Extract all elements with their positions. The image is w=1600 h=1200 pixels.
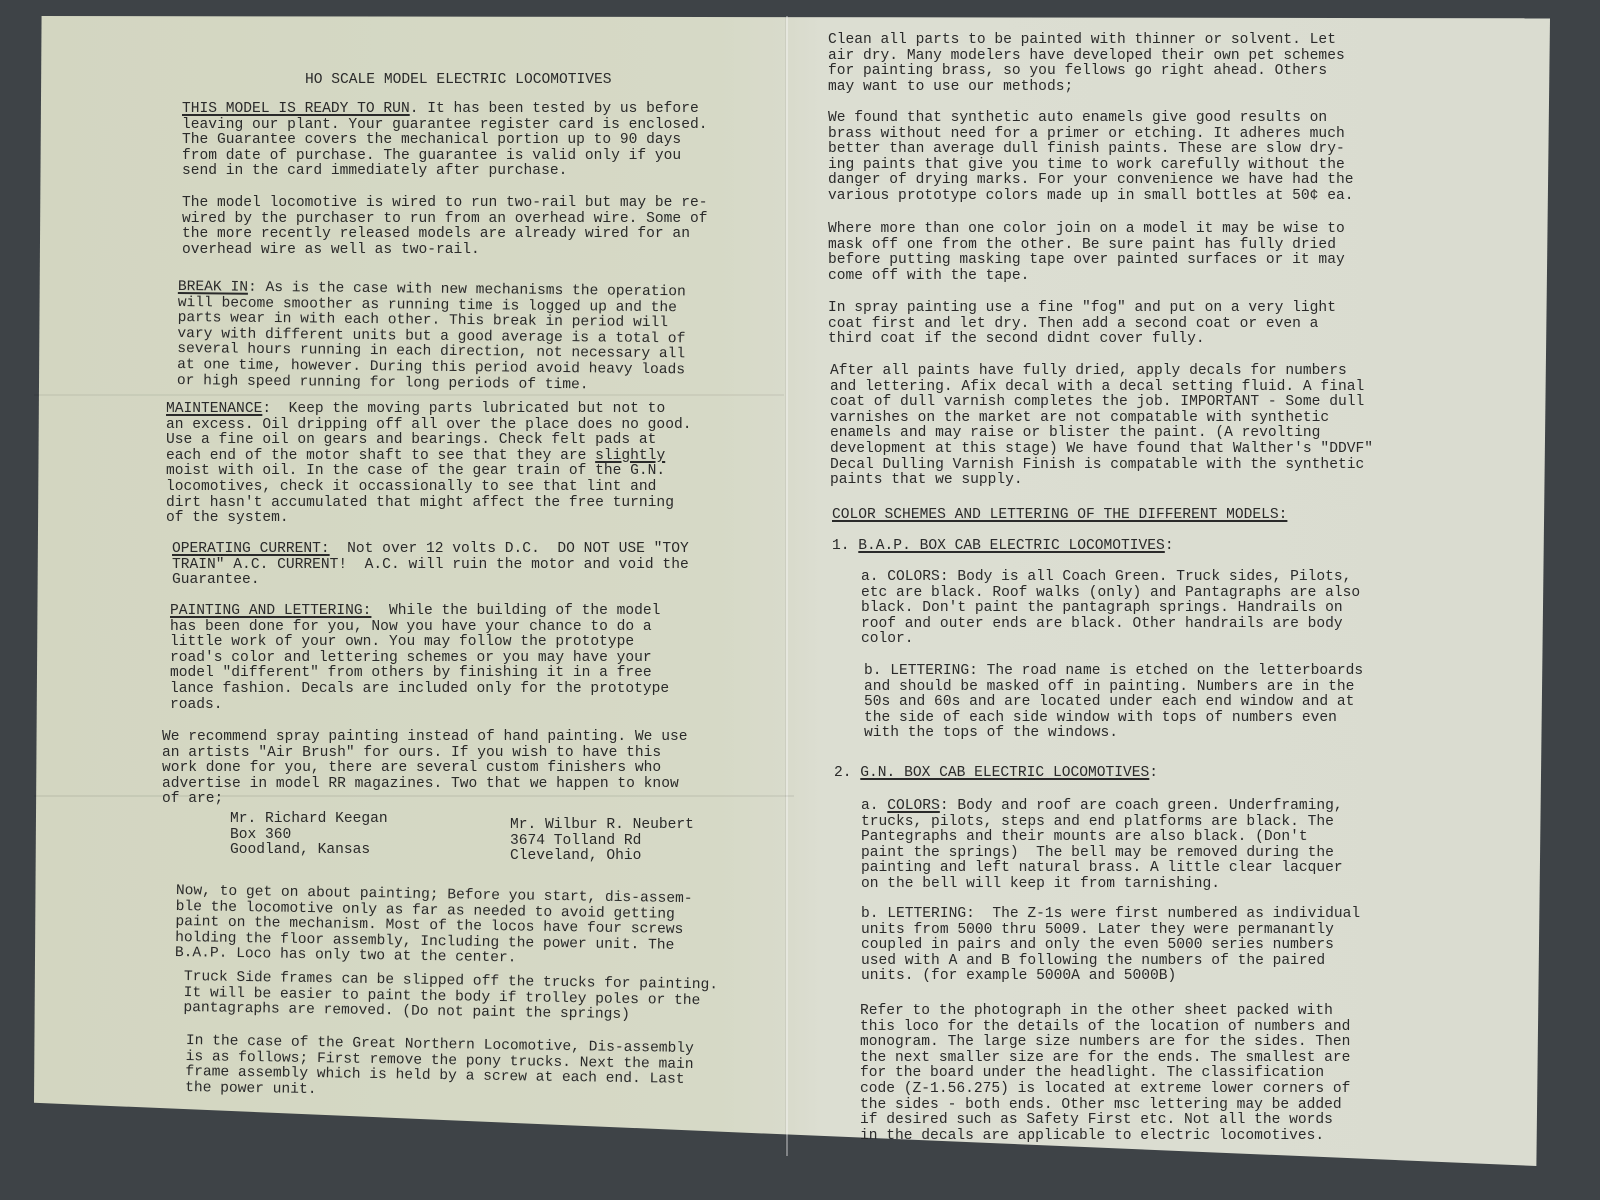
lettering-label: b. LETTERING	[864, 663, 969, 679]
model-name: G.N. BOX CAB ELECTRIC LOCOMOTIVES	[860, 765, 1149, 781]
operating-current-section: OPERATING CURRENT: Not over 12 volts D.C…	[172, 542, 689, 589]
spray-recommendation-paragraph: We recommend spray painting instead of h…	[162, 730, 687, 808]
colors-label: a. COLORS	[861, 569, 940, 585]
finisher-name: Mr. Wilbur R. Neubert	[510, 817, 694, 833]
model-1-lettering: b. LETTERING: The road name is etched on…	[864, 664, 1363, 742]
document-title: HO SCALE MODEL ELECTRIC LOCOMOTIVES	[305, 72, 612, 88]
enamels-paragraph: We found that synthetic auto enamels giv…	[828, 111, 1353, 205]
maintenance-heading: MAINTENANCE	[166, 401, 262, 417]
finisher-city: Goodland, Kansas	[230, 842, 370, 858]
model-number: 2.	[834, 765, 860, 781]
break-in-text: : As is the case with new mechanisms the…	[177, 280, 686, 393]
finisher-address: 3674 Tolland Rd	[510, 833, 641, 849]
model-1-colors: a. COLORS: Body is all Coach Green. Truc…	[861, 570, 1360, 648]
wiring-paragraph: The model locomotive is wired to run two…	[182, 196, 707, 258]
lettering-label: b. LETTERING	[861, 906, 966, 922]
finisher-address: Box 360	[230, 827, 291, 843]
decals-paragraph: After all paints have fully dried, apply…	[830, 364, 1373, 489]
photograph-reference-paragraph: Refer to the photograph in the other she…	[860, 1004, 1350, 1144]
ready-to-run-section: THIS MODEL IS READY TO RUN. It has been …	[182, 102, 707, 180]
masking-paragraph: Where more than one color join on a mode…	[828, 222, 1345, 284]
maintenance-emphasis: slightly	[595, 448, 665, 464]
ready-to-run-heading: THIS MODEL IS READY TO RUN	[182, 101, 410, 117]
truck-side-frames-paragraph: Truck Side frames can be slipped off the…	[183, 970, 718, 1025]
disassembly-paragraph: Now, to get on about painting; Before yo…	[175, 884, 693, 970]
great-northern-paragraph: In the case of the Great Northern Locomo…	[185, 1034, 694, 1104]
colors-label: COLORS	[887, 798, 940, 814]
model-name: B.A.P. BOX CAB ELECTRIC LOCOMOTIVES	[858, 538, 1165, 554]
model-2-lettering: b. LETTERING: The Z-1s were first number…	[861, 907, 1360, 985]
finisher-address-2: Mr. Wilbur R. Neubert 3674 Tolland Rd Cl…	[510, 818, 694, 865]
model-2-heading: 2. G.N. BOX CAB ELECTRIC LOCOMOTIVES:	[834, 766, 1158, 782]
color-schemes-heading: COLOR SCHEMES AND LETTERING OF THE DIFFE…	[832, 508, 1287, 524]
finisher-name: Mr. Richard Keegan	[230, 811, 388, 827]
vertical-fold-crease	[786, 16, 788, 1156]
model-1-heading: 1. B.A.P. BOX CAB ELECTRIC LOCOMOTIVES:	[832, 539, 1174, 555]
finisher-city: Cleveland, Ohio	[510, 848, 641, 864]
maintenance-section: MAINTENANCE: Keep the moving parts lubri…	[166, 402, 691, 527]
painting-lettering-section: PAINTING AND LETTERING: While the buildi…	[170, 604, 669, 713]
break-in-heading: BREAK IN	[178, 279, 248, 296]
break-in-section: BREAK IN: As is the case with new mechan…	[177, 280, 686, 394]
maintenance-text-after: moist with oil. In the case of the gear …	[166, 463, 674, 526]
finisher-address-1: Mr. Richard Keegan Box 360 Goodland, Kan…	[230, 812, 388, 859]
painting-lettering-text: While the building of the model has been…	[170, 603, 669, 713]
operating-current-heading: OPERATING CURRENT:	[172, 541, 330, 557]
model-2-colors: a. COLORS: Body and roof are coach green…	[861, 799, 1343, 893]
cleaning-paragraph: Clean all parts to be painted with thinn…	[828, 33, 1345, 95]
model-number: 1.	[832, 538, 858, 554]
spray-technique-paragraph: In spray painting use a fine "fog" and p…	[828, 301, 1336, 348]
painting-lettering-heading: PAINTING AND LETTERING:	[170, 603, 371, 619]
